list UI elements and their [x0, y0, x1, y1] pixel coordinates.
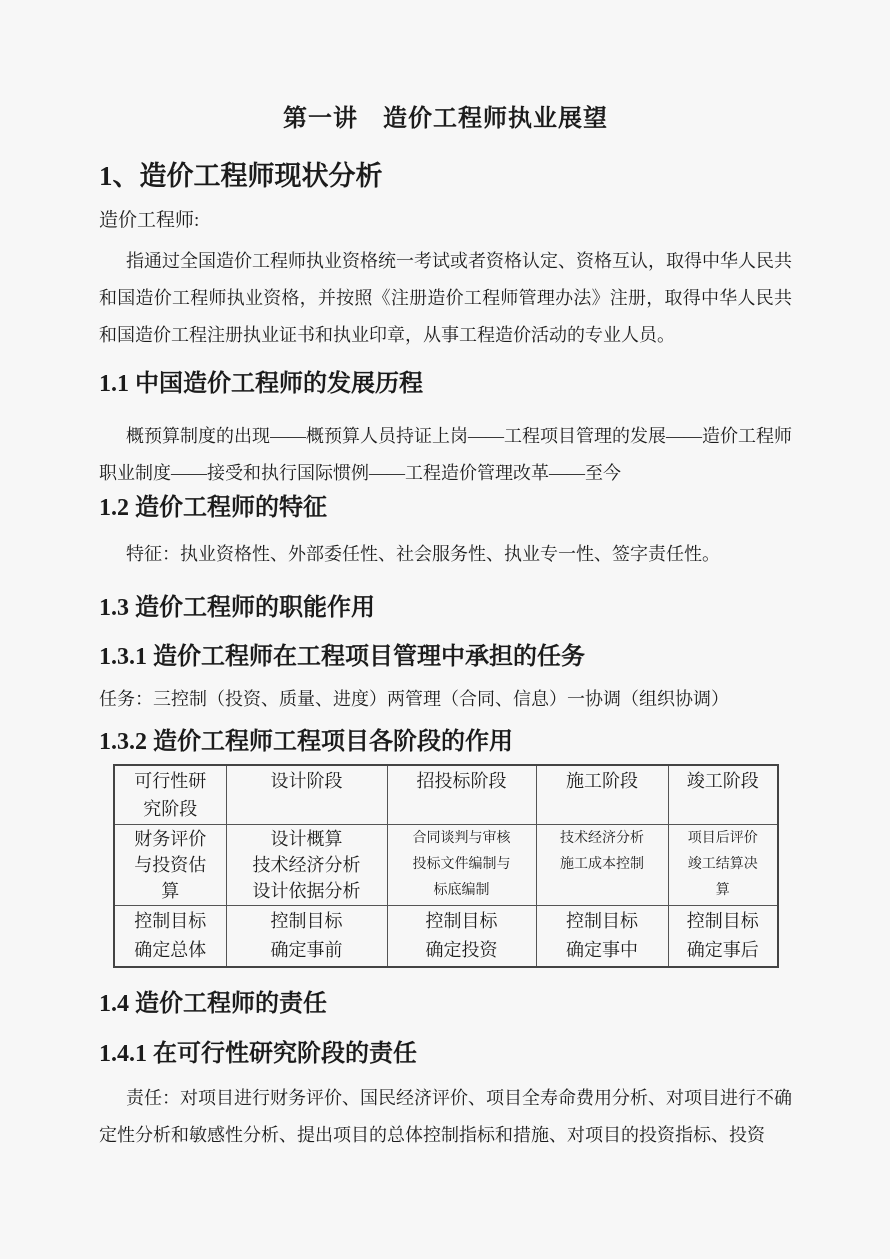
table-cell: 合同谈判与审核 投标文件编制与 标底编制	[387, 825, 536, 906]
heading-1-3-1: 1.3.1 造价工程师在工程项目管理中承担的任务	[99, 641, 792, 674]
heading-1-4: 1.4 造价工程师的责任	[99, 988, 792, 1021]
table-cell: 技术经济分析 施工成本控制	[536, 825, 668, 906]
paragraph-tasks: 任务：三控制（投资、质量、进度）两管理（合同、信息）一协调（组织协调）	[99, 681, 792, 718]
table-cell: 项目后评价 竣工结算决 算	[668, 825, 778, 906]
table-header-design: 设计阶段	[226, 765, 387, 825]
table-header-completion: 竣工阶段	[668, 765, 778, 825]
table-cell: 控制目标 确定事前	[226, 906, 387, 968]
table-header-bidding: 招投标阶段	[387, 765, 536, 825]
doc-title: 第一讲 造价工程师执业展望	[99, 103, 792, 136]
paragraph-history: 概预算制度的出现——概预算人员持证上岗——工程项目管理的发展——造价工程师职业制…	[99, 418, 792, 492]
paragraph-features: 特征：执业资格性、外部委任性、社会服务性、执业专一性、签字责任性。	[99, 536, 792, 573]
document-page: 第一讲 造价工程师执业展望 1、造价工程师现状分析 造价工程师: 指通过全国造价…	[0, 0, 890, 1259]
table-cell: 财务评价 与投资估 算	[114, 825, 226, 906]
table-header-feasibility: 可行性研 究阶段	[114, 765, 226, 825]
table-cell: 设计概算 技术经济分析 设计依据分析	[226, 825, 387, 906]
heading-1-3: 1.3 造价工程师的职能作用	[99, 592, 792, 625]
table-header-construction: 施工阶段	[536, 765, 668, 825]
heading-1: 1、造价工程师现状分析	[99, 158, 792, 195]
table-cell: 控制目标 确定投资	[387, 906, 536, 968]
paragraph-definition: 指通过全国造价工程师执业资格统一考试或者资格认定、资格互认，取得中华人民共和国造…	[99, 243, 792, 354]
heading-1-2: 1.2 造价工程师的特征	[99, 492, 792, 525]
heading-1-1: 1.1 中国造价工程师的发展历程	[99, 368, 792, 401]
table-row-functions: 财务评价 与投资估 算 设计概算 技术经济分析 设计依据分析 合同谈判与审核 投…	[114, 825, 778, 906]
table-cell: 控制目标 确定总体	[114, 906, 226, 968]
stages-table: 可行性研 究阶段 设计阶段 招投标阶段 施工阶段 竣工阶段 财务评价 与投资估 …	[113, 764, 779, 968]
heading-1-4-1: 1.4.1 在可行性研究阶段的责任	[99, 1038, 792, 1071]
paragraph-responsibility: 责任：对项目进行财务评价、国民经济评价、项目全寿命费用分析、对项目进行不确定性分…	[99, 1080, 792, 1154]
heading-1-3-2: 1.3.2 造价工程师工程项目各阶段的作用	[99, 726, 792, 759]
table-cell: 控制目标 确定事中	[536, 906, 668, 968]
lead-line: 造价工程师:	[99, 206, 792, 236]
table-row-targets: 控制目标 确定总体 控制目标 确定事前 控制目标 确定投资 控制目标 确定事中 …	[114, 906, 778, 968]
table-cell: 控制目标 确定事后	[668, 906, 778, 968]
table-header-row: 可行性研 究阶段 设计阶段 招投标阶段 施工阶段 竣工阶段	[114, 765, 778, 825]
